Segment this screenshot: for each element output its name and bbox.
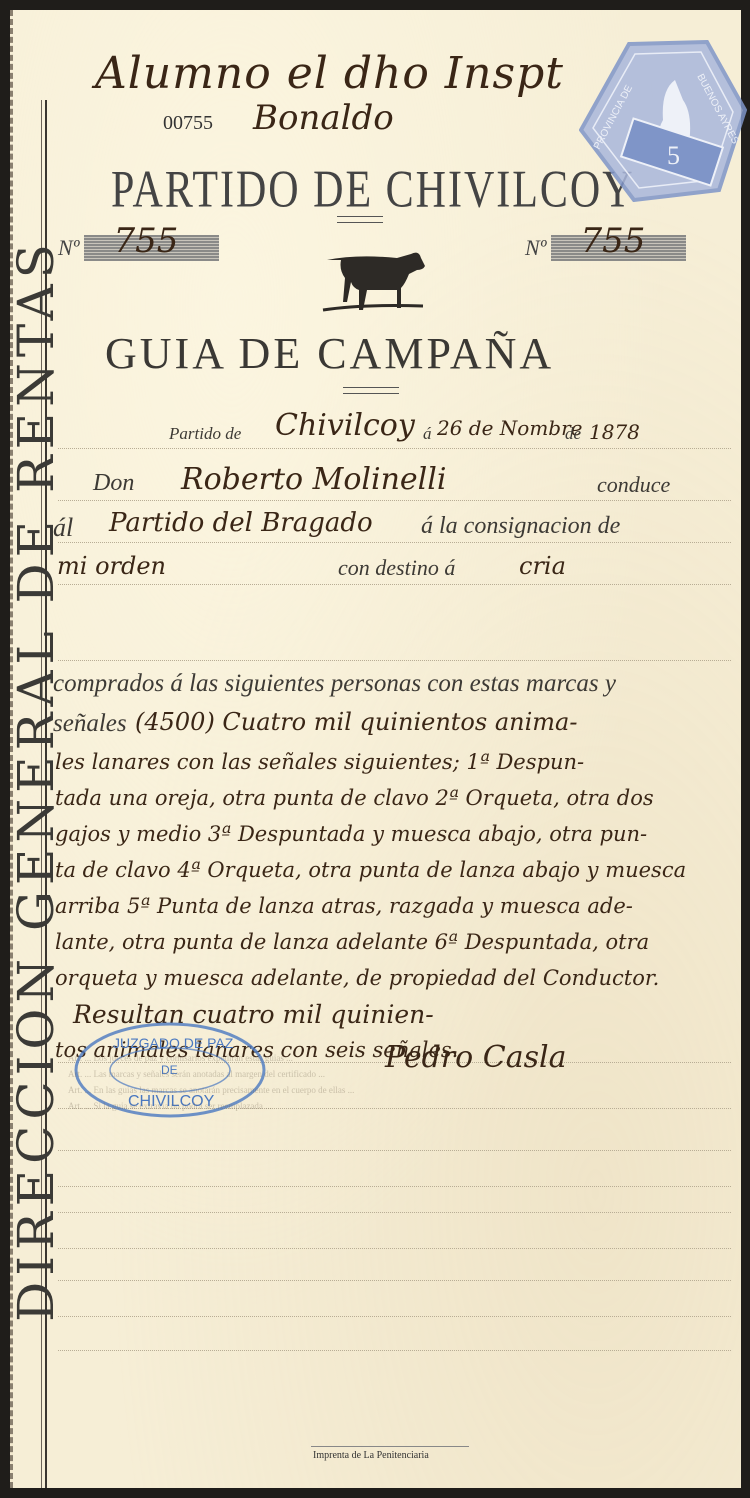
svg-text:JUZGADO DE PAZ: JUZGADO DE PAZ [113,1035,234,1051]
year: 1878 [589,420,640,444]
faded-line: Art. ... Los jueces de paz y comisarios … [68,1050,728,1066]
number-value: 755 [581,221,646,261]
ruled-line [58,1212,731,1214]
document-title: GUIA DE CAMPAÑA [105,328,554,379]
ruled-line [58,584,731,586]
tax-stamp: 5 PROVINCIA DE BUENOS AYRES [579,40,747,202]
body-line: (4500) Cuatro mil quinientos anima- [135,708,577,736]
margin-heading: DIRECCION GENERAL DE RENTAS [7,90,65,1470]
faded-line: Art. ... En las guias las marcas se anot… [68,1082,728,1098]
cow-icon [319,250,439,312]
don-label: Don [93,470,134,497]
ruled-line [58,1248,731,1250]
conductor-name: Roberto Molinelli [181,462,446,497]
divider [343,387,399,394]
comprados-label: comprados á las siguientes personas con … [53,670,616,698]
number-label: Nº [58,235,80,261]
printer-credit: Imprenta de La Penitenciaria [313,1450,429,1461]
partido-label: Partido de [169,424,241,444]
partido-value: Chivilcoy [275,408,415,443]
ruled-line [58,1350,731,1352]
body-line: les lanares con las señales siguientes; … [55,750,584,774]
destino-value: cria [519,552,566,580]
body-line: lante, otra punta de lanza adelante 6ª D… [55,930,649,954]
ruled-line [58,1186,731,1188]
ruled-line [58,500,731,502]
ruled-line [58,1280,731,1282]
divider [337,216,383,223]
number-left: Nº755 [58,235,219,261]
number-value: 755 [114,221,179,261]
body-line: arriba 5ª Punta de lanza atras, razgada … [55,894,633,918]
ruled-line [58,1316,731,1318]
body-line: orqueta y muesca adelante, de propiedad … [55,966,659,990]
date-value: 26 de Nombre [437,416,583,440]
body-line: tada una oreja, otra punta de clavo 2ª O… [55,786,654,810]
ruled-line [58,448,731,450]
ruled-line [58,660,731,662]
ruled-line [58,542,731,544]
svg-text:5: 5 [667,141,680,170]
number-right: Nº755 [525,235,686,261]
body-line: gajos y medio 3ª Despuntada y muesca aba… [55,822,647,846]
printer-rule [311,1446,469,1447]
annotation-signature: Bonaldo [253,98,394,138]
faded-line: Art. ... Si la guia se extravía no podrá… [68,1098,728,1114]
header-partido: PARTIDO DE CHIVILCOY [111,160,635,220]
date-year-label: de [565,424,581,444]
body-line: ta de clavo 4ª Orqueta, otra punta de la… [55,858,686,882]
destination-partido: Partido del Bragado [109,508,373,538]
consignacion-label: á la consignacion de [421,513,620,540]
serial-number: 00755 [163,112,213,135]
consignee: mi orden [57,552,166,580]
destino-label: con destino á [338,555,455,581]
al-label: ál [53,513,73,543]
date-prefix: á [423,424,432,444]
conduce-label: conduce [597,472,670,498]
annotation-top: Alumno el dho Inspt [95,48,564,99]
regulations-faded: Art. ... Los jueces de paz y comisarios … [68,1050,728,1114]
document-sheet: DIRECCION GENERAL DE RENTAS Alumno el dh… [10,10,741,1488]
faded-line: Art. ... Las marcas y señales serán anot… [68,1066,728,1082]
number-label: Nº [525,235,547,261]
senales-label: señales [53,710,127,738]
ruled-line [58,1150,731,1152]
